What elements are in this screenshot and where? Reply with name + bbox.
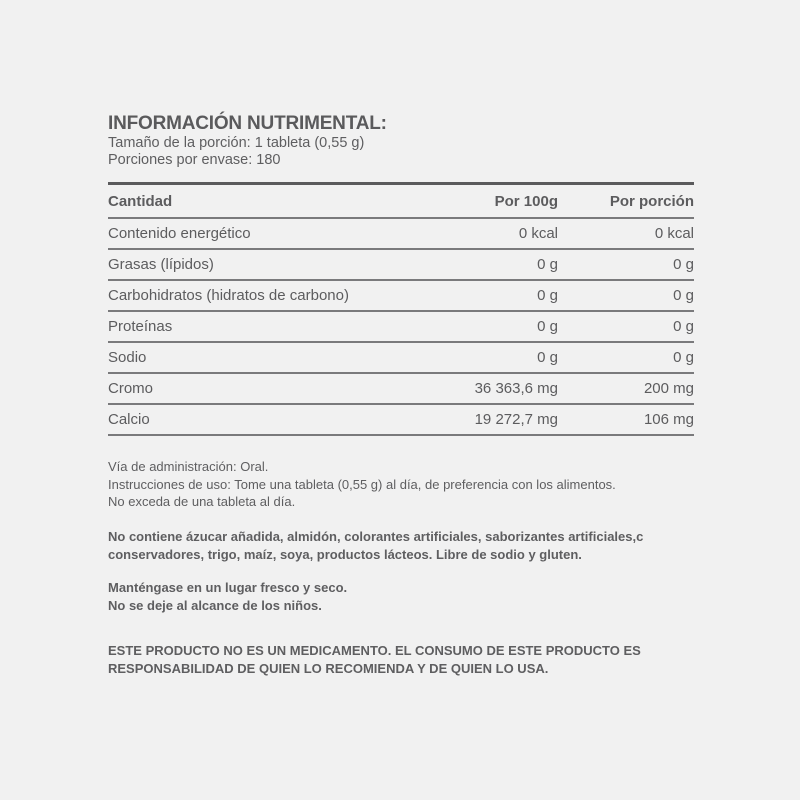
column-header-per-serving: Por porción [558, 184, 694, 219]
storage-instructions: Manténgase en un lugar fresco y seco. No… [108, 579, 347, 614]
serving-size: Tamaño de la porción: 1 tableta (0,55 g) [108, 135, 694, 152]
administration-route: Vía de administración: Oral. [108, 458, 616, 476]
nutrient-name: Calcio [108, 404, 438, 435]
allergen-statement: No contiene ázucar añadida, almidón, col… [108, 528, 643, 563]
nutrition-table: Cantidad Por 100g Por porción Contenido … [108, 182, 694, 436]
nutrient-name: Carbohidratos (hidratos de carbono) [108, 280, 438, 311]
nutrient-name: Sodio [108, 342, 438, 373]
usage-instructions: Vía de administración: Oral. Instruccion… [108, 458, 616, 511]
value-per-serving: 0 g [558, 280, 694, 311]
value-per-100g: 19 272,7 mg [438, 404, 558, 435]
storage-line-1: Manténgase en un lugar fresco y seco. [108, 579, 347, 597]
value-per-100g: 0 g [438, 249, 558, 280]
nutrient-name: Proteínas [108, 311, 438, 342]
table-row: Proteínas0 g0 g [108, 311, 694, 342]
value-per-serving: 0 g [558, 342, 694, 373]
table-header-row: Cantidad Por 100g Por porción [108, 184, 694, 219]
nutrition-panel: INFORMACIÓN NUTRIMENTAL: Tamaño de la po… [108, 113, 694, 436]
column-header-quantity: Cantidad [108, 184, 438, 219]
value-per-100g: 36 363,6 mg [438, 373, 558, 404]
table-row: Sodio0 g0 g [108, 342, 694, 373]
table-row: Cromo36 363,6 mg200 mg [108, 373, 694, 404]
table-row: Contenido energético0 kcal0 kcal [108, 218, 694, 249]
panel-title: INFORMACIÓN NUTRIMENTAL: [108, 113, 694, 135]
value-per-serving: 0 g [558, 249, 694, 280]
value-per-serving: 106 mg [558, 404, 694, 435]
allergen-line-2: conservadores, trigo, maíz, soya, produc… [108, 546, 643, 564]
value-per-serving: 0 g [558, 311, 694, 342]
disclaimer-line-1: ESTE PRODUCTO NO ES UN MEDICAMENTO. EL C… [108, 642, 641, 660]
value-per-serving: 0 kcal [558, 218, 694, 249]
table-row: Grasas (lípidos)0 g0 g [108, 249, 694, 280]
disclaimer-line-2: RESPONSABILIDAD DE QUIEN LO RECOMIENDA Y… [108, 660, 641, 678]
nutrient-name: Grasas (lípidos) [108, 249, 438, 280]
value-per-serving: 200 mg [558, 373, 694, 404]
nutrient-name: Cromo [108, 373, 438, 404]
disclaimer: ESTE PRODUCTO NO ES UN MEDICAMENTO. EL C… [108, 642, 641, 677]
table-row: Carbohidratos (hidratos de carbono)0 g0 … [108, 280, 694, 311]
nutrient-name: Contenido energético [108, 218, 438, 249]
value-per-100g: 0 kcal [438, 218, 558, 249]
usage-directions: Instrucciones de uso: Tome una tableta (… [108, 476, 616, 494]
column-header-per-100g: Por 100g [438, 184, 558, 219]
value-per-100g: 0 g [438, 311, 558, 342]
usage-limit: No exceda de una tableta al día. [108, 493, 616, 511]
storage-line-2: No se deje al alcance de los niños. [108, 597, 347, 615]
value-per-100g: 0 g [438, 280, 558, 311]
allergen-line-1: No contiene ázucar añadida, almidón, col… [108, 528, 643, 546]
table-row: Calcio19 272,7 mg106 mg [108, 404, 694, 435]
servings-per-container: Porciones por envase: 180 [108, 152, 694, 169]
value-per-100g: 0 g [438, 342, 558, 373]
